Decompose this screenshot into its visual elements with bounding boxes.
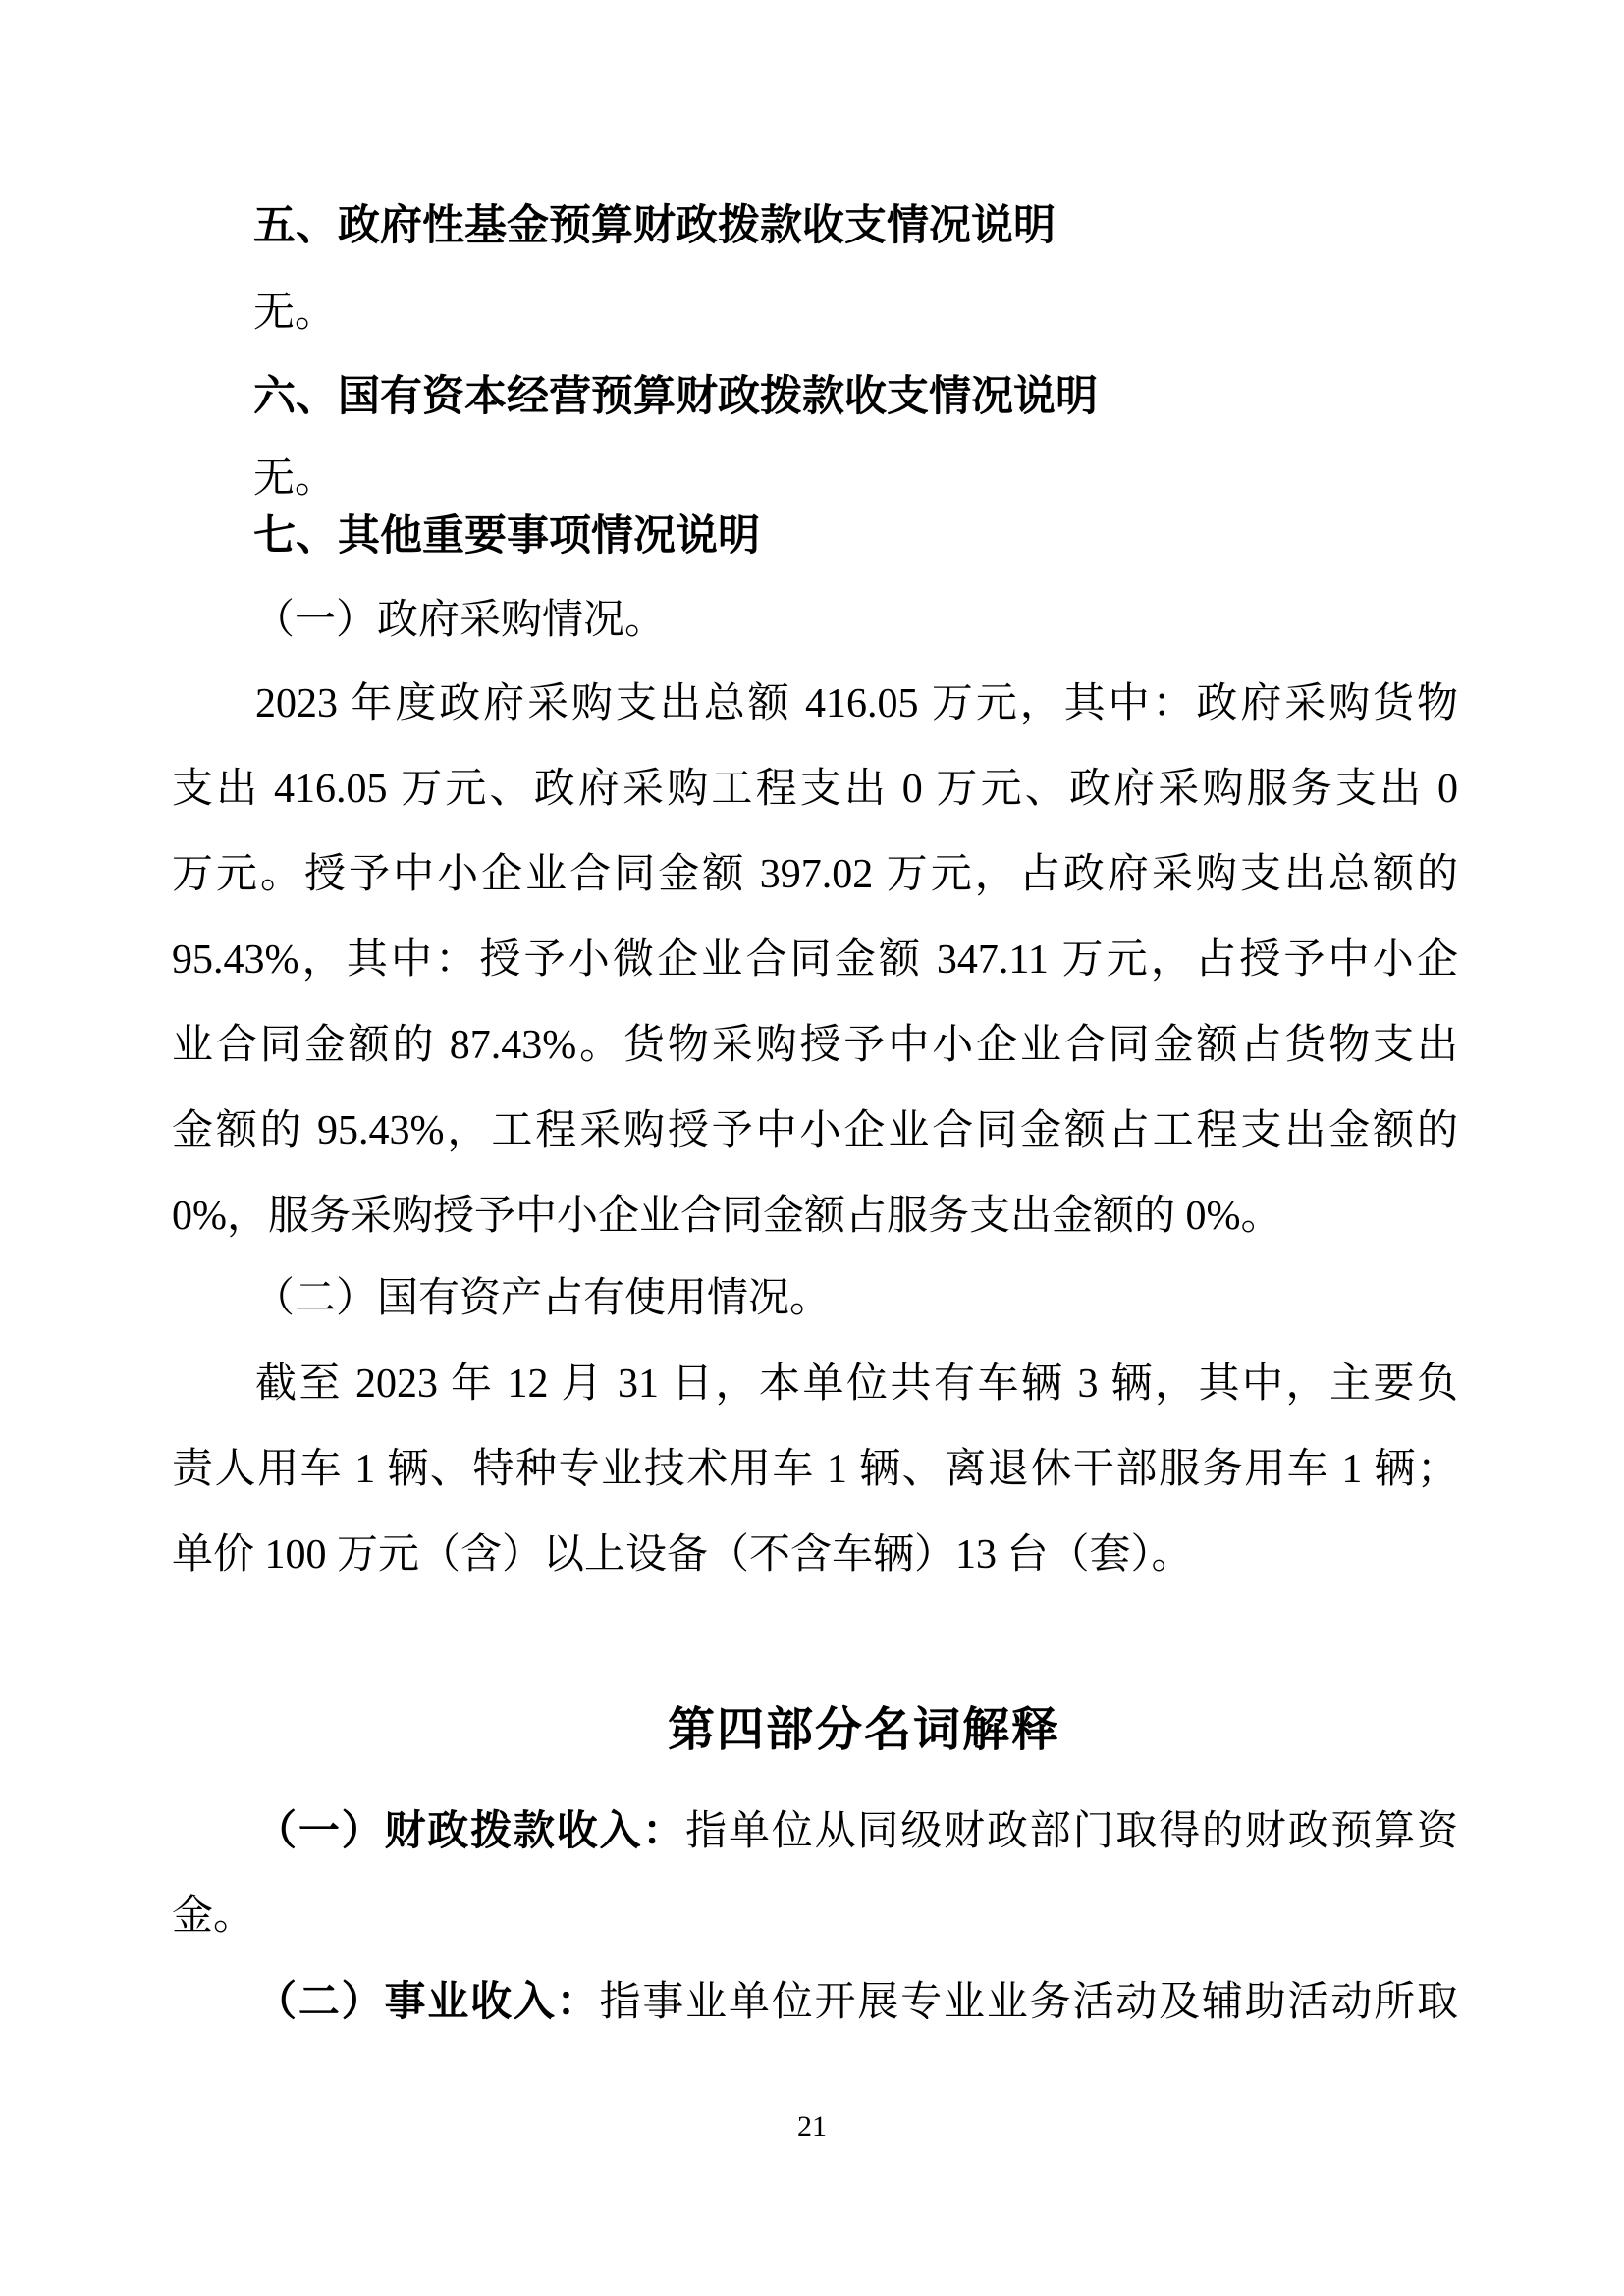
procurement-paragraph-line: 2023 年度政府采购支出总额 416.05 万元，其中：政府采购货物 — [172, 679, 1458, 728]
term-fiscal-appropriation-line: （一）财政拨款收入：指单位从同级财政部门取得的财政预算资 — [172, 1806, 1458, 1856]
term-fiscal-appropriation-label: （一）财政拨款收入： — [255, 1807, 685, 1853]
heading-section-six: 六、国有资本经营预算财政拨款收支情况说明 — [253, 372, 1098, 421]
assets-paragraph-line: 截至 2023 年 12 月 31 日，本单位共有车辆 3 辆，其中，主要负 — [172, 1360, 1458, 1409]
term-fiscal-appropriation-text: 指单位从同级财政部门取得的财政预算资 — [685, 1809, 1458, 1854]
document-page: 五、政府性基金预算财政拨款收支情况说明 无。 六、国有资本经营预算财政拨款收支情… — [0, 0, 1624, 2296]
procurement-paragraph-line: 0%，服务采购授予中小企业合同金额占服务支出金额的 0%。 — [172, 1192, 1458, 1241]
procurement-paragraph-line: 金额的 95.43%，工程采购授予中小企业合同金额占工程支出金额的 — [172, 1106, 1458, 1155]
procurement-paragraph-line: 业合同金额的 87.43%。货物采购授予中小企业合同金额占货物支出 — [172, 1021, 1458, 1070]
procurement-paragraph-line: 95.43%，其中：授予小微企业合同金额 347.11 万元，占授予中小企 — [172, 935, 1458, 985]
subheading-gov-procurement: （一）政府采购情况。 — [253, 596, 666, 645]
heading-section-five: 五、政府性基金预算财政拨款收支情况说明 — [253, 201, 1056, 250]
term-business-income-text: 指事业单位开展专业业务活动及辅助活动所取 — [600, 1980, 1458, 2025]
part-four-title: 第四部分名词解释 — [668, 1704, 1060, 1757]
heading-section-seven: 七、其他重要事项情况说明 — [253, 511, 760, 561]
assets-paragraph-line: 单价 100 万元（含）以上设备（不含车辆）13 台（套）。 — [172, 1530, 1458, 1579]
paragraph-none-1: 无。 — [253, 289, 336, 338]
subheading-state-assets: （二）国有资产占有使用情况。 — [253, 1274, 831, 1323]
procurement-paragraph-line: 万元。授予中小企业合同金额 397.02 万元，占政府采购支出总额的 — [172, 850, 1458, 899]
procurement-paragraph-line: 支出 416.05 万元、政府采购工程支出 0 万元、政府采购服务支出 0 — [172, 765, 1458, 814]
assets-paragraph-line: 责人用车 1 辆、特种专业技术用车 1 辆、离退休干部服务用车 1 辆； — [172, 1445, 1458, 1494]
term-fiscal-appropriation-line: 金。 — [172, 1892, 1458, 1941]
term-business-income-line: （二）事业收入：指事业单位开展专业业务活动及辅助活动所取 — [172, 1977, 1458, 2027]
page-number: 21 — [0, 2110, 1624, 2144]
paragraph-none-2: 无。 — [253, 454, 336, 504]
term-business-income-label: （二）事业收入： — [255, 1978, 600, 2024]
